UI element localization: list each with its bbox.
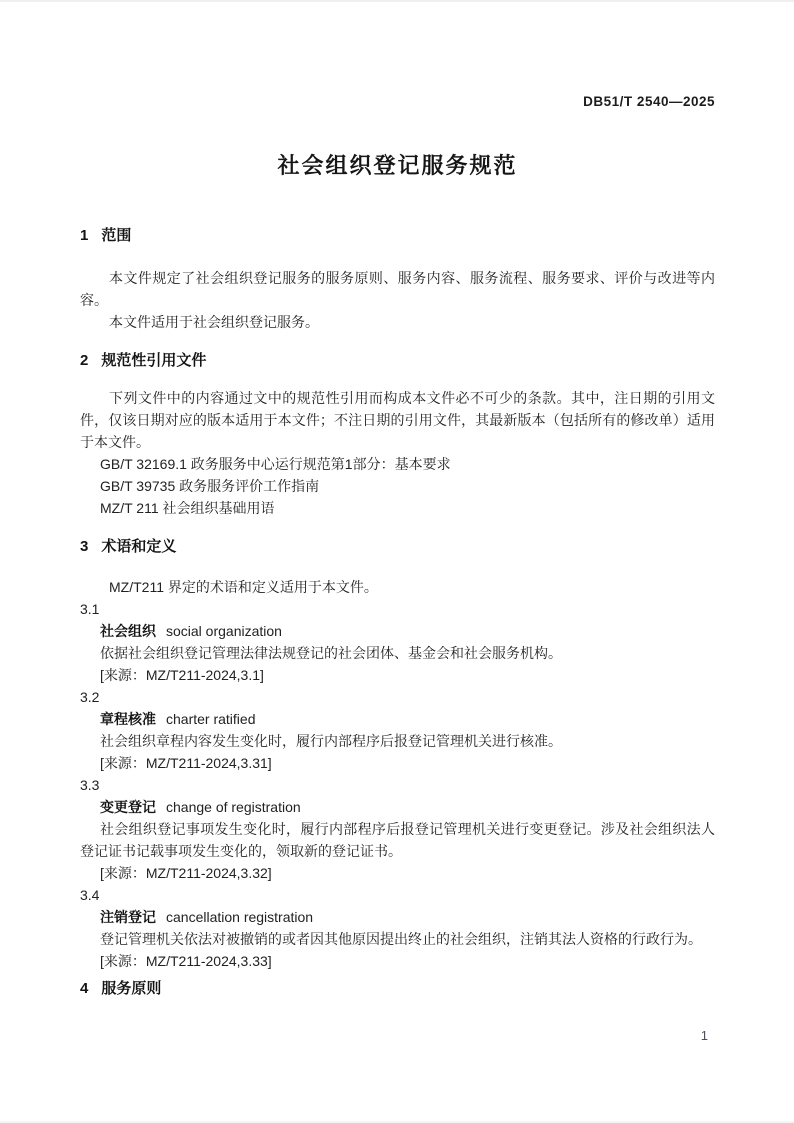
term-id: 3.4 (80, 884, 715, 906)
term-source: [来源：MZ/T211-2024,3.33] (80, 950, 715, 972)
term-chinese: 社会组织 (100, 623, 156, 639)
section-heading-service-principles: 4服务原则 (80, 980, 715, 998)
term-title: 社会组织social organization (80, 620, 715, 642)
document-title: 社会组织登记服务规范 (80, 152, 715, 180)
section-number: 3 (80, 538, 88, 556)
term-definition: 社会组织章程内容发生变化时，履行内部程序后报登记管理机关进行核准。 (80, 730, 715, 752)
term-source: [来源：MZ/T211-2024,3.32] (80, 862, 715, 884)
term-entry: 3.2 章程核准charter ratified 社会组织章程内容发生变化时，履… (80, 686, 715, 774)
section-title: 范围 (101, 227, 131, 245)
term-source: [来源：MZ/T211-2024,3.31] (80, 752, 715, 774)
term-id: 3.2 (80, 686, 715, 708)
reference-item: MZ/T 211 社会组织基础用语 (80, 497, 715, 519)
section-number: 1 (80, 227, 88, 245)
section-heading-terms-definitions: 3术语和定义 (80, 538, 715, 556)
section-title: 规范性引用文件 (101, 352, 206, 370)
term-title: 变更登记change of registration (80, 796, 715, 818)
paragraph-scope-1: 本文件规定了社会组织登记服务的服务原则、服务内容、服务流程、服务要求、评价与改进… (80, 267, 715, 311)
term-chinese: 注销登记 (100, 909, 156, 925)
section-title: 术语和定义 (101, 538, 176, 556)
term-id: 3.1 (80, 598, 715, 620)
page-number: 1 (701, 1028, 708, 1044)
term-id: 3.3 (80, 774, 715, 796)
term-source: [来源：MZ/T211-2024,3.1] (80, 664, 715, 686)
term-definition: 社会组织登记事项发生变化时，履行内部程序后报登记管理机关进行变更登记。涉及社会组… (80, 818, 715, 862)
standard-code: DB51/T 2540—2025 (80, 94, 715, 110)
term-chinese: 变更登记 (100, 799, 156, 815)
section-number: 4 (80, 980, 88, 998)
term-entry: 3.4 注销登记cancellation registration 登记管理机关… (80, 884, 715, 972)
section-title: 服务原则 (101, 980, 161, 998)
paragraph-terms-intro: MZ/T211 界定的术语和定义适用于本文件。 (80, 576, 715, 598)
term-title: 章程核准charter ratified (80, 708, 715, 730)
term-english: social organization (166, 623, 282, 639)
reference-item: GB/T 39735 政务服务评价工作指南 (80, 475, 715, 497)
term-entry: 3.3 变更登记change of registration 社会组织登记事项发… (80, 774, 715, 884)
page-content: DB51/T 2540—2025 社会组织登记服务规范 1范围 本文件规定了社会… (0, 0, 794, 998)
section-heading-normative-references: 2规范性引用文件 (80, 352, 715, 370)
term-entry: 3.1 社会组织social organization 依据社会组织登记管理法律… (80, 598, 715, 686)
section-number: 2 (80, 352, 88, 370)
document-page: DB51/T 2540—2025 社会组织登记服务规范 1范围 本文件规定了社会… (0, 0, 794, 1123)
term-english: cancellation registration (166, 909, 313, 925)
section-heading-scope: 1范围 (80, 227, 715, 245)
term-definition: 依据社会组织登记管理法律法规登记的社会团体、基金会和社会服务机构。 (80, 642, 715, 664)
term-title: 注销登记cancellation registration (80, 906, 715, 928)
paragraph-scope-2: 本文件适用于社会组织登记服务。 (80, 311, 715, 333)
paragraph-references-intro: 下列文件中的内容通过文中的规范性引用而构成本文件必不可少的条款。其中，注日期的引… (80, 387, 715, 453)
term-chinese: 章程核准 (100, 711, 156, 727)
term-definition: 登记管理机关依法对被撤销的或者因其他原因提出终止的社会组织，注销其法人资格的行政… (80, 928, 715, 950)
term-english: change of registration (166, 799, 301, 815)
reference-item: GB/T 32169.1 政务服务中心运行规范第1部分：基本要求 (80, 453, 715, 475)
term-english: charter ratified (166, 711, 255, 727)
